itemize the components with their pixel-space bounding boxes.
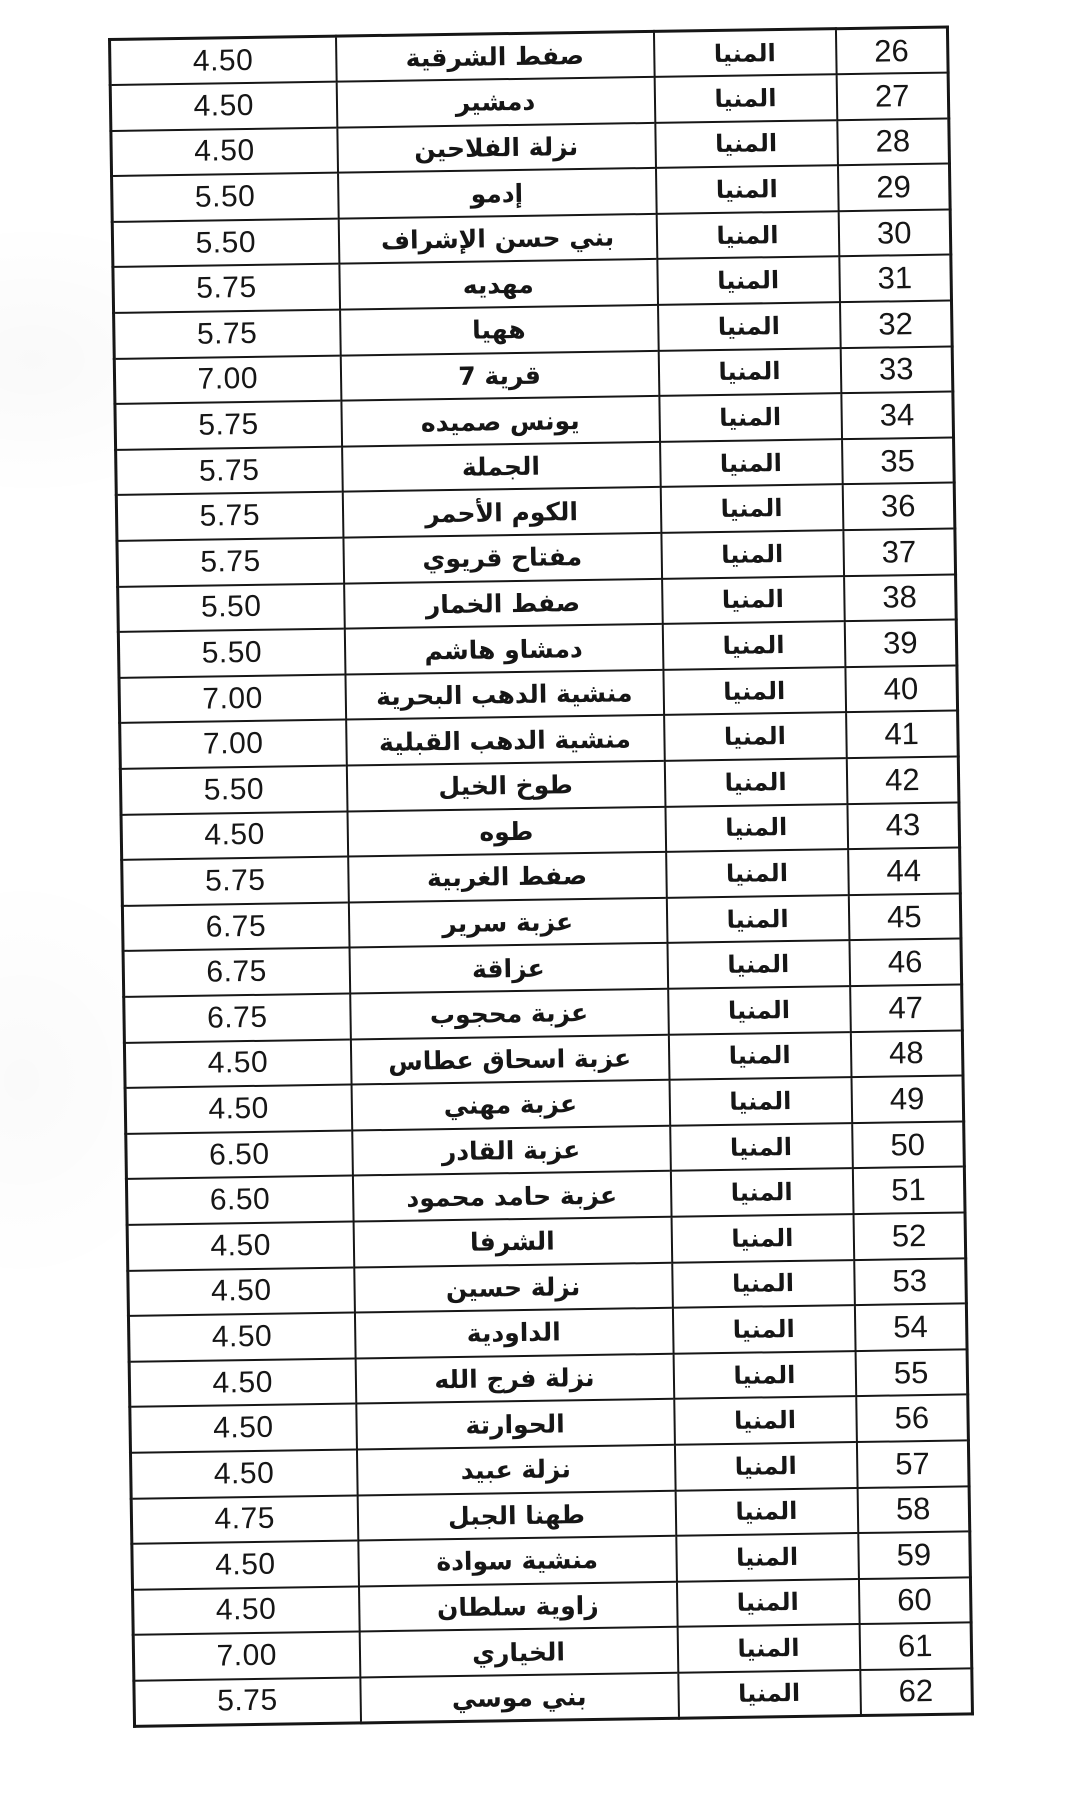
- village-cell: نزلة عبيد: [356, 1445, 675, 1495]
- serial-cell: 52: [853, 1212, 966, 1259]
- governorate-cell: المنيا: [655, 165, 838, 213]
- price-cell: 5.75: [114, 310, 341, 359]
- governorate-cell: المنيا: [664, 713, 847, 761]
- village-cell: الشرفا: [353, 1217, 672, 1267]
- price-cell: 4.50: [110, 36, 337, 85]
- price-cell: 4.50: [129, 1358, 356, 1407]
- serial-cell: 39: [844, 620, 957, 667]
- serial-cell: 51: [852, 1167, 965, 1214]
- governorate-cell: المنيا: [674, 1396, 857, 1444]
- village-cell: الحوارتة: [356, 1399, 675, 1449]
- village-cell: منشية الدهب القبلية: [346, 715, 665, 765]
- village-cell: يونس صميده: [341, 396, 660, 446]
- serial-cell: 60: [858, 1577, 971, 1624]
- village-cell: زاوية سلطان: [358, 1581, 677, 1631]
- price-cell: 4.50: [128, 1313, 355, 1362]
- serial-cell: 42: [846, 756, 959, 803]
- price-cell: 4.75: [131, 1495, 358, 1544]
- serial-cell: 36: [842, 483, 955, 530]
- governorate-cell: المنيا: [659, 393, 842, 441]
- serial-cell: 61: [859, 1623, 972, 1670]
- village-cell: نزلة الفلاحين: [337, 123, 656, 173]
- governorate-cell: المنيا: [668, 1032, 851, 1080]
- serial-cell: 27: [836, 73, 949, 120]
- governorate-cell: المنيا: [666, 849, 849, 897]
- serial-cell: 59: [858, 1531, 971, 1578]
- serial-cell: 37: [843, 529, 956, 576]
- governorate-cell: المنيا: [660, 439, 843, 487]
- governorate-cell: المنيا: [664, 758, 847, 806]
- price-cell: 5.75: [134, 1677, 361, 1726]
- governorate-cell: المنيا: [654, 74, 837, 122]
- governorate-cell: المنيا: [665, 804, 848, 852]
- governorate-cell: المنيا: [672, 1260, 855, 1308]
- serial-cell: 46: [849, 939, 962, 986]
- price-cell: 5.50: [118, 583, 345, 632]
- price-cell: 4.50: [130, 1449, 357, 1498]
- governorate-cell: المنيا: [676, 1579, 859, 1627]
- governorate-cell: المنيا: [672, 1305, 855, 1353]
- price-cell: 4.50: [127, 1221, 354, 1270]
- price-cell: 4.50: [125, 1085, 352, 1134]
- price-cell: 4.50: [121, 811, 348, 860]
- village-cell: إدمو: [338, 168, 657, 218]
- governorate-cell: المنيا: [657, 257, 840, 305]
- village-cell: عزبة محجوب: [350, 989, 669, 1039]
- serial-cell: 55: [855, 1349, 968, 1396]
- serial-cell: 43: [847, 802, 960, 849]
- price-cell: 6.75: [124, 993, 351, 1042]
- serial-cell: 48: [850, 1030, 963, 1077]
- price-cell: 6.75: [122, 902, 349, 951]
- village-cell: عزبة حامد محمود: [352, 1171, 671, 1221]
- governorate-cell: المنيا: [661, 530, 844, 578]
- village-cell: الكوم الأحمر: [342, 487, 661, 537]
- serial-cell: 26: [835, 27, 948, 74]
- serial-cell: 44: [848, 848, 961, 895]
- serial-cell: 50: [852, 1121, 965, 1168]
- governorate-cell: المنيا: [670, 1168, 853, 1216]
- village-cell: طوخ الخيل: [346, 761, 665, 811]
- price-cell: 4.50: [110, 82, 337, 131]
- villages-price-table: 26 المنيا صفط الشرقية 4.50 27 المنيا دمش…: [108, 26, 974, 1728]
- governorate-cell: المنيا: [674, 1442, 857, 1490]
- village-cell: منشية سوادة: [358, 1536, 677, 1586]
- serial-cell: 31: [839, 255, 952, 302]
- village-cell: طوه: [347, 806, 666, 856]
- serial-cell: 34: [841, 392, 954, 439]
- village-cell: ههيا: [340, 305, 659, 355]
- village-cell: بني حسن الإشراف: [338, 214, 657, 264]
- price-cell: 4.50: [132, 1541, 359, 1590]
- governorate-cell: المنيا: [673, 1351, 856, 1399]
- price-cell: 5.75: [115, 401, 342, 450]
- governorate-cell: المنيا: [677, 1624, 860, 1672]
- village-cell: الداودية: [354, 1308, 673, 1358]
- governorate-cell: المنيا: [655, 120, 838, 168]
- governorate-cell: المنيا: [653, 29, 836, 77]
- serial-cell: 30: [838, 209, 951, 256]
- serial-cell: 47: [850, 984, 963, 1031]
- serial-cell: 29: [837, 164, 950, 211]
- governorate-cell: المنيا: [662, 576, 845, 624]
- village-cell: بني موسي: [360, 1673, 679, 1723]
- governorate-cell: المنيا: [668, 986, 851, 1034]
- price-cell: 5.50: [112, 173, 339, 222]
- serial-cell: 35: [842, 437, 955, 484]
- price-cell: 4.50: [111, 127, 338, 176]
- governorate-cell: المنيا: [670, 1123, 853, 1171]
- price-cell: 5.75: [116, 492, 343, 541]
- serial-cell: 45: [848, 893, 961, 940]
- price-cell: 6.75: [123, 948, 350, 997]
- governorate-cell: المنيا: [658, 348, 841, 396]
- governorate-cell: المنيا: [660, 485, 843, 533]
- price-cell: 7.00: [133, 1632, 360, 1681]
- price-cell: 4.50: [130, 1404, 357, 1453]
- village-cell: مفتاح قريوي: [343, 533, 662, 583]
- price-cell: 4.50: [128, 1267, 355, 1316]
- governorate-cell: المنيا: [678, 1670, 861, 1718]
- price-cell: 6.50: [126, 1176, 353, 1225]
- serial-cell: 53: [854, 1258, 967, 1305]
- price-cell: 7.00: [120, 720, 347, 769]
- governorate-cell: المنيا: [675, 1488, 858, 1536]
- price-cell: 5.75: [116, 446, 343, 495]
- village-cell: عزاقة: [349, 943, 668, 993]
- price-cell: 6.50: [126, 1130, 353, 1179]
- village-cell: عزبة مهني: [351, 1080, 670, 1130]
- village-cell: نزلة حسين: [354, 1262, 673, 1312]
- village-cell: دمشير: [336, 77, 655, 127]
- governorate-cell: المنيا: [671, 1214, 854, 1262]
- price-cell: 5.75: [113, 264, 340, 313]
- serial-cell: 54: [854, 1304, 967, 1351]
- price-cell: 5.75: [122, 857, 349, 906]
- serial-cell: 38: [844, 574, 957, 621]
- village-cell: صفط الخمار: [344, 578, 663, 628]
- governorate-cell: المنيا: [662, 621, 845, 669]
- serial-cell: 57: [856, 1440, 969, 1487]
- village-cell: عزبة القادر: [352, 1126, 671, 1176]
- village-cell: دمشاو هاشم: [344, 624, 663, 674]
- governorate-cell: المنيا: [663, 667, 846, 715]
- serial-cell: 56: [856, 1395, 969, 1442]
- serial-cell: 62: [860, 1668, 973, 1715]
- governorate-cell: المنيا: [658, 302, 841, 350]
- governorate-cell: المنيا: [669, 1077, 852, 1125]
- village-cell: الخياري: [359, 1627, 678, 1677]
- price-cell: 5.50: [120, 766, 347, 815]
- serial-cell: 28: [837, 118, 950, 165]
- village-cell: عزبة اسحاق عطاس: [350, 1034, 669, 1084]
- village-cell: صفط الشرقية: [335, 31, 654, 81]
- serial-cell: 33: [840, 346, 953, 393]
- village-cell: نزلة فرج الله: [355, 1353, 674, 1403]
- price-cell: 7.00: [114, 355, 341, 404]
- price-cell: 5.75: [117, 538, 344, 587]
- price-cell: 5.50: [118, 629, 345, 678]
- scanned-page: 26 المنيا صفط الشرقية 4.50 27 المنيا دمش…: [0, 0, 1078, 1800]
- village-cell: طهنا الجبل: [357, 1490, 676, 1540]
- governorate-cell: المنيا: [667, 940, 850, 988]
- village-cell: صفط الغربية: [348, 852, 667, 902]
- serial-cell: 32: [840, 301, 953, 348]
- governorate-cell: المنيا: [676, 1533, 859, 1581]
- village-cell: عزبة سرير: [348, 898, 667, 948]
- village-cell: الجملة: [342, 442, 661, 492]
- governorate-cell: المنيا: [666, 895, 849, 943]
- price-cell: 7.00: [119, 674, 346, 723]
- serial-cell: 41: [846, 711, 959, 758]
- serial-cell: 49: [851, 1076, 964, 1123]
- price-cell: 4.50: [133, 1586, 360, 1635]
- village-cell: مهديه: [339, 259, 658, 309]
- governorate-cell: المنيا: [656, 211, 839, 259]
- serial-cell: 58: [857, 1486, 970, 1533]
- price-cell: 5.50: [112, 218, 339, 267]
- serial-cell: 40: [845, 665, 958, 712]
- village-cell: قرية 7: [340, 351, 659, 401]
- price-cell: 4.50: [124, 1039, 351, 1088]
- village-cell: منشية الدهب البحرية: [345, 670, 664, 720]
